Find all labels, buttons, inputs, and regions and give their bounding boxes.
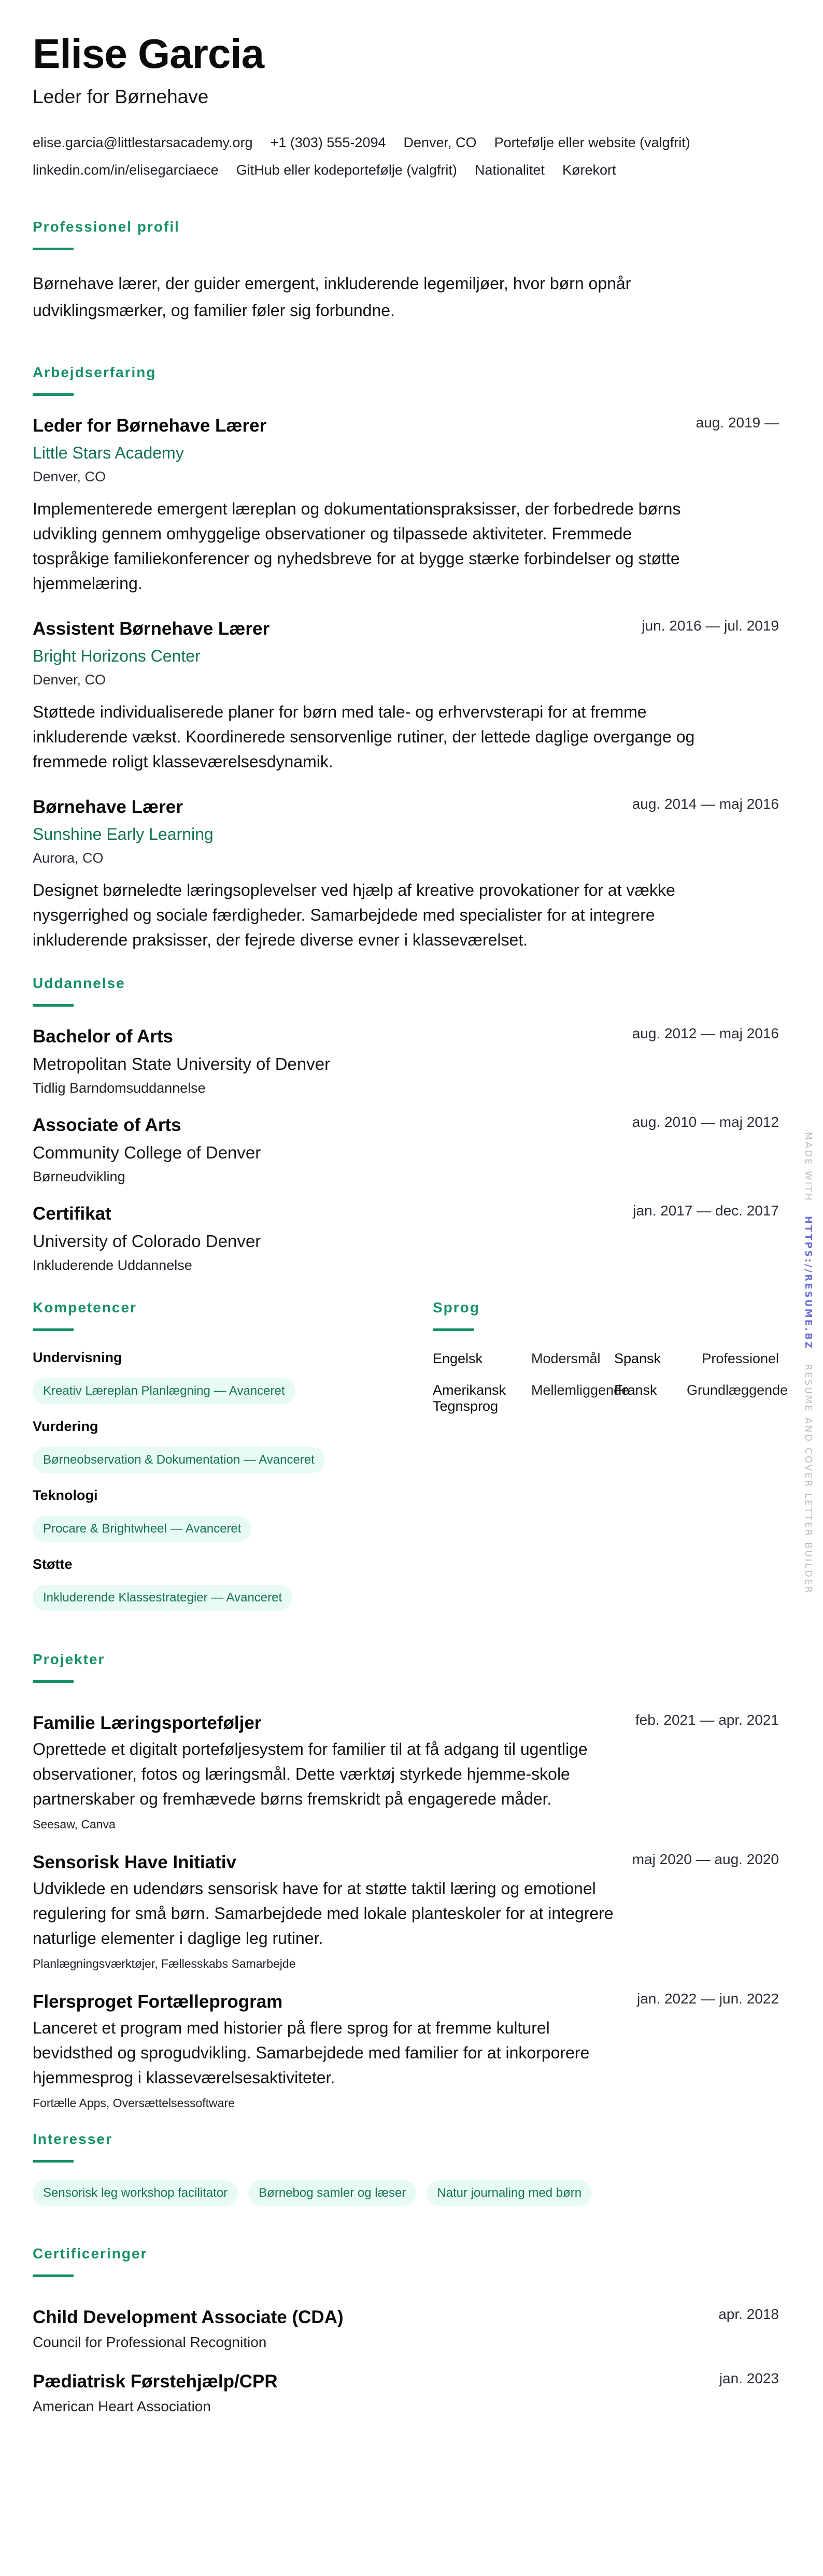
job-title: Børnehave Lærer <box>33 797 183 818</box>
watermark: MADE WITH HTTPS://RESUME.BZ RESUME AND C… <box>798 1132 814 1557</box>
job-dates: jun. 2016 — jul. 2019 <box>642 618 779 634</box>
degree-name: Bachelor of Arts <box>33 1026 173 1047</box>
job-dates: aug. 2014 — maj 2016 <box>632 796 779 812</box>
skills-languages-row: Kompetencer Undervisning Kreativ Lærepla… <box>33 1299 779 1625</box>
skill-group: Teknologi Procare & Brightwheel — Avance… <box>33 1487 433 1542</box>
section-divider <box>33 393 74 396</box>
job-location: Denver, CO <box>33 469 779 485</box>
section-divider <box>33 2274 74 2277</box>
section-skills: Kompetencer Undervisning Kreativ Lærepla… <box>33 1299 433 1625</box>
language-level: Professionel <box>687 1351 779 1367</box>
education-entry: Bachelor of Arts aug. 2012 — maj 2016 Me… <box>33 1026 779 1096</box>
degree-name: Certifikat <box>33 1204 111 1224</box>
project-description: Lanceret et program med historier på fle… <box>33 2015 629 2090</box>
contact-github[interactable]: GitHub eller kodeportefølje (valgfrit) <box>236 162 457 178</box>
section-education: Uddannelse Bachelor of Arts aug. 2012 — … <box>33 975 779 1273</box>
contact-linkedin[interactable]: linkedin.com/in/elisegarciaece <box>33 162 219 178</box>
school-name: Community College of Denver <box>33 1143 779 1163</box>
certification-name: Pædiatrisk Førstehjælp/CPR <box>33 2371 278 2392</box>
education-dates: aug. 2012 — maj 2016 <box>632 1025 779 1042</box>
project-tools: Planlægningsværktøjer, Fællesskabs Samar… <box>33 1957 779 1971</box>
section-certifications: Certificeringer Child Development Associ… <box>33 2245 779 2415</box>
resume-header: Elise Garcia Leder for Børnehave elise.g… <box>33 32 779 178</box>
education-dates: aug. 2010 — maj 2012 <box>632 1114 779 1130</box>
skill-chip: Inkluderende Klassestrategier — Avancere… <box>33 1585 292 1611</box>
skill-group: Undervisning Kreativ Læreplan Planlægnin… <box>33 1350 433 1404</box>
language-level: Modersmål <box>531 1351 614 1367</box>
watermark-link[interactable]: HTTPS://RESUME.BZ <box>803 1216 814 1350</box>
job-location: Aurora, CO <box>33 850 779 866</box>
interest-chip: Sensorisk leg workshop facilitator <box>33 2180 238 2206</box>
project-entry: Sensorisk Have Initiativ maj 2020 — aug.… <box>33 1852 779 1971</box>
education-dates: jan. 2017 — dec. 2017 <box>633 1203 779 1219</box>
company-name: Little Stars Academy <box>33 443 779 463</box>
contact-drivers-license: Kørekort <box>562 162 616 178</box>
language-level: Grundlæggende <box>687 1382 779 1414</box>
company-name: Sunshine Early Learning <box>33 825 779 844</box>
project-tools: Seesaw, Canva <box>33 1817 779 1831</box>
section-title: Kompetencer <box>33 1299 433 1316</box>
contact-nationality: Nationalitet <box>475 162 545 178</box>
certification-issuer: American Heart Association <box>33 2398 779 2415</box>
skill-chip: Kreativ Læreplan Planlægning — Avanceret <box>33 1378 295 1404</box>
experience-entry: Børnehave Lærer aug. 2014 — maj 2016 Sun… <box>33 797 779 952</box>
job-description: Støttede individualiserede planer for bø… <box>33 699 706 774</box>
contact-portfolio[interactable]: Portefølje eller website (valgfrit) <box>494 135 690 151</box>
certification-date: jan. 2023 <box>719 2370 779 2387</box>
field-of-study: Inkluderende Uddannelse <box>33 1257 779 1273</box>
project-dates: jan. 2022 — jun. 2022 <box>637 1991 779 2007</box>
project-dates: maj 2020 — aug. 2020 <box>632 1851 779 1868</box>
skill-group-name: Vurdering <box>33 1419 433 1435</box>
project-entry: Familie Læringsporteføljer feb. 2021 — a… <box>33 1713 779 1831</box>
job-dates: aug. 2019 — <box>696 414 779 431</box>
section-languages: Sprog Engelsk Modersmål Spansk Professio… <box>433 1299 779 1625</box>
section-divider <box>33 1328 74 1331</box>
section-title: Professionel profil <box>33 219 779 235</box>
project-description: Udviklede en udendørs sensorisk have for… <box>33 1876 629 1951</box>
field-of-study: Børneudvikling <box>33 1169 779 1185</box>
education-entry: Certifikat jan. 2017 — dec. 2017 Univers… <box>33 1204 779 1273</box>
language-name: Spansk <box>614 1351 687 1367</box>
section-title: Arbejdserfaring <box>33 364 779 381</box>
section-divider <box>33 1680 74 1683</box>
project-name: Sensorisk Have Initiativ <box>33 1852 236 1873</box>
job-location: Denver, CO <box>33 672 779 688</box>
section-title: Projekter <box>33 1651 779 1668</box>
contact-phone[interactable]: +1 (303) 555-2094 <box>271 135 386 151</box>
school-name: Metropolitan State University of Denver <box>33 1054 779 1074</box>
contact-email[interactable]: elise.garcia@littlestarsacademy.org <box>33 135 253 151</box>
section-profile: Professionel profil Børnehave lærer, der… <box>33 219 779 324</box>
language-list: Engelsk Modersmål Spansk Professionel Am… <box>433 1351 779 1414</box>
skill-group-name: Støtte <box>33 1556 433 1572</box>
job-title: Leder for Børnehave Lærer <box>33 416 266 436</box>
section-experience: Arbejdserfaring Leder for Børnehave Lære… <box>33 364 779 952</box>
certification-name: Child Development Associate (CDA) <box>33 2307 344 2328</box>
watermark-prefix: MADE WITH <box>803 1132 814 1202</box>
certification-entry: Child Development Associate (CDA) apr. 2… <box>33 2307 779 2351</box>
project-entry: Flersproget Fortælleprogram jan. 2022 — … <box>33 1992 779 2110</box>
section-divider <box>433 1328 474 1331</box>
section-title: Interesser <box>33 2131 779 2148</box>
certification-entry: Pædiatrisk Førstehjælp/CPR jan. 2023 Ame… <box>33 2371 779 2415</box>
skill-group-name: Undervisning <box>33 1350 433 1366</box>
project-name: Flersproget Fortælleprogram <box>33 1992 282 2012</box>
candidate-name: Elise Garcia <box>33 32 779 76</box>
education-entry: Associate of Arts aug. 2010 — maj 2012 C… <box>33 1115 779 1185</box>
project-tools: Fortælle Apps, Oversættelsessoftware <box>33 2096 779 2110</box>
skill-group-name: Teknologi <box>33 1487 433 1504</box>
field-of-study: Tidlig Barndomsuddannelse <box>33 1080 779 1096</box>
section-divider <box>33 2160 74 2163</box>
contact-list: elise.garcia@littlestarsacademy.org +1 (… <box>33 135 779 178</box>
candidate-headline: Leder for Børnehave <box>33 86 779 108</box>
job-description: Designet børneledte læringsoplevelser ve… <box>33 878 706 952</box>
skill-group: Støtte Inkluderende Klassestrategier — A… <box>33 1556 433 1611</box>
language-name: Engelsk <box>433 1351 531 1367</box>
skill-chip: Procare & Brightwheel — Avanceret <box>33 1516 251 1542</box>
section-title: Certificeringer <box>33 2245 779 2262</box>
interest-chip: Natur journaling med børn <box>427 2180 592 2206</box>
section-divider <box>33 248 74 250</box>
company-name: Bright Horizons Center <box>33 647 779 666</box>
job-title: Assistent Børnehave Lærer <box>33 619 269 639</box>
school-name: University of Colorado Denver <box>33 1232 779 1251</box>
language-level: Mellemliggende <box>531 1382 614 1414</box>
project-dates: feb. 2021 — apr. 2021 <box>635 1712 779 1728</box>
section-title: Uddannelse <box>33 975 779 992</box>
section-title: Sprog <box>433 1299 779 1316</box>
interest-chip: Børnebog samler og læser <box>248 2180 416 2206</box>
certification-issuer: Council for Professional Recognition <box>33 2334 779 2351</box>
experience-entry: Assistent Børnehave Lærer jun. 2016 — ju… <box>33 619 779 774</box>
job-description: Implementerede emergent læreplan og doku… <box>33 496 706 596</box>
project-name: Familie Læringsporteføljer <box>33 1713 261 1734</box>
project-description: Oprettede et digitalt porteføljesystem f… <box>33 1737 629 1811</box>
resume-page: Elise Garcia Leder for Børnehave elise.g… <box>0 0 823 2467</box>
language-name: Amerikansk Tegnsprog <box>433 1382 531 1414</box>
section-interests: Interesser Sensorisk leg workshop facili… <box>33 2131 779 2206</box>
section-projects: Projekter Familie Læringsporteføljer feb… <box>33 1651 779 2110</box>
interest-list: Sensorisk leg workshop facilitator Børne… <box>33 2180 779 2206</box>
skill-chip: Børneobservation & Dokumentation — Avanc… <box>33 1447 325 1473</box>
degree-name: Associate of Arts <box>33 1115 181 1136</box>
skill-group: Vurdering Børneobservation & Dokumentati… <box>33 1419 433 1473</box>
section-divider <box>33 1004 74 1007</box>
certification-date: apr. 2018 <box>718 2306 779 2323</box>
watermark-suffix: RESUME AND COVER LETTER BUILDER <box>803 1364 814 1594</box>
experience-entry: Leder for Børnehave Lærer aug. 2019 — Li… <box>33 416 779 596</box>
profile-summary: Børnehave lærer, der guider emergent, in… <box>33 270 701 324</box>
language-name: Fransk <box>614 1382 687 1414</box>
contact-location: Denver, CO <box>404 135 477 151</box>
